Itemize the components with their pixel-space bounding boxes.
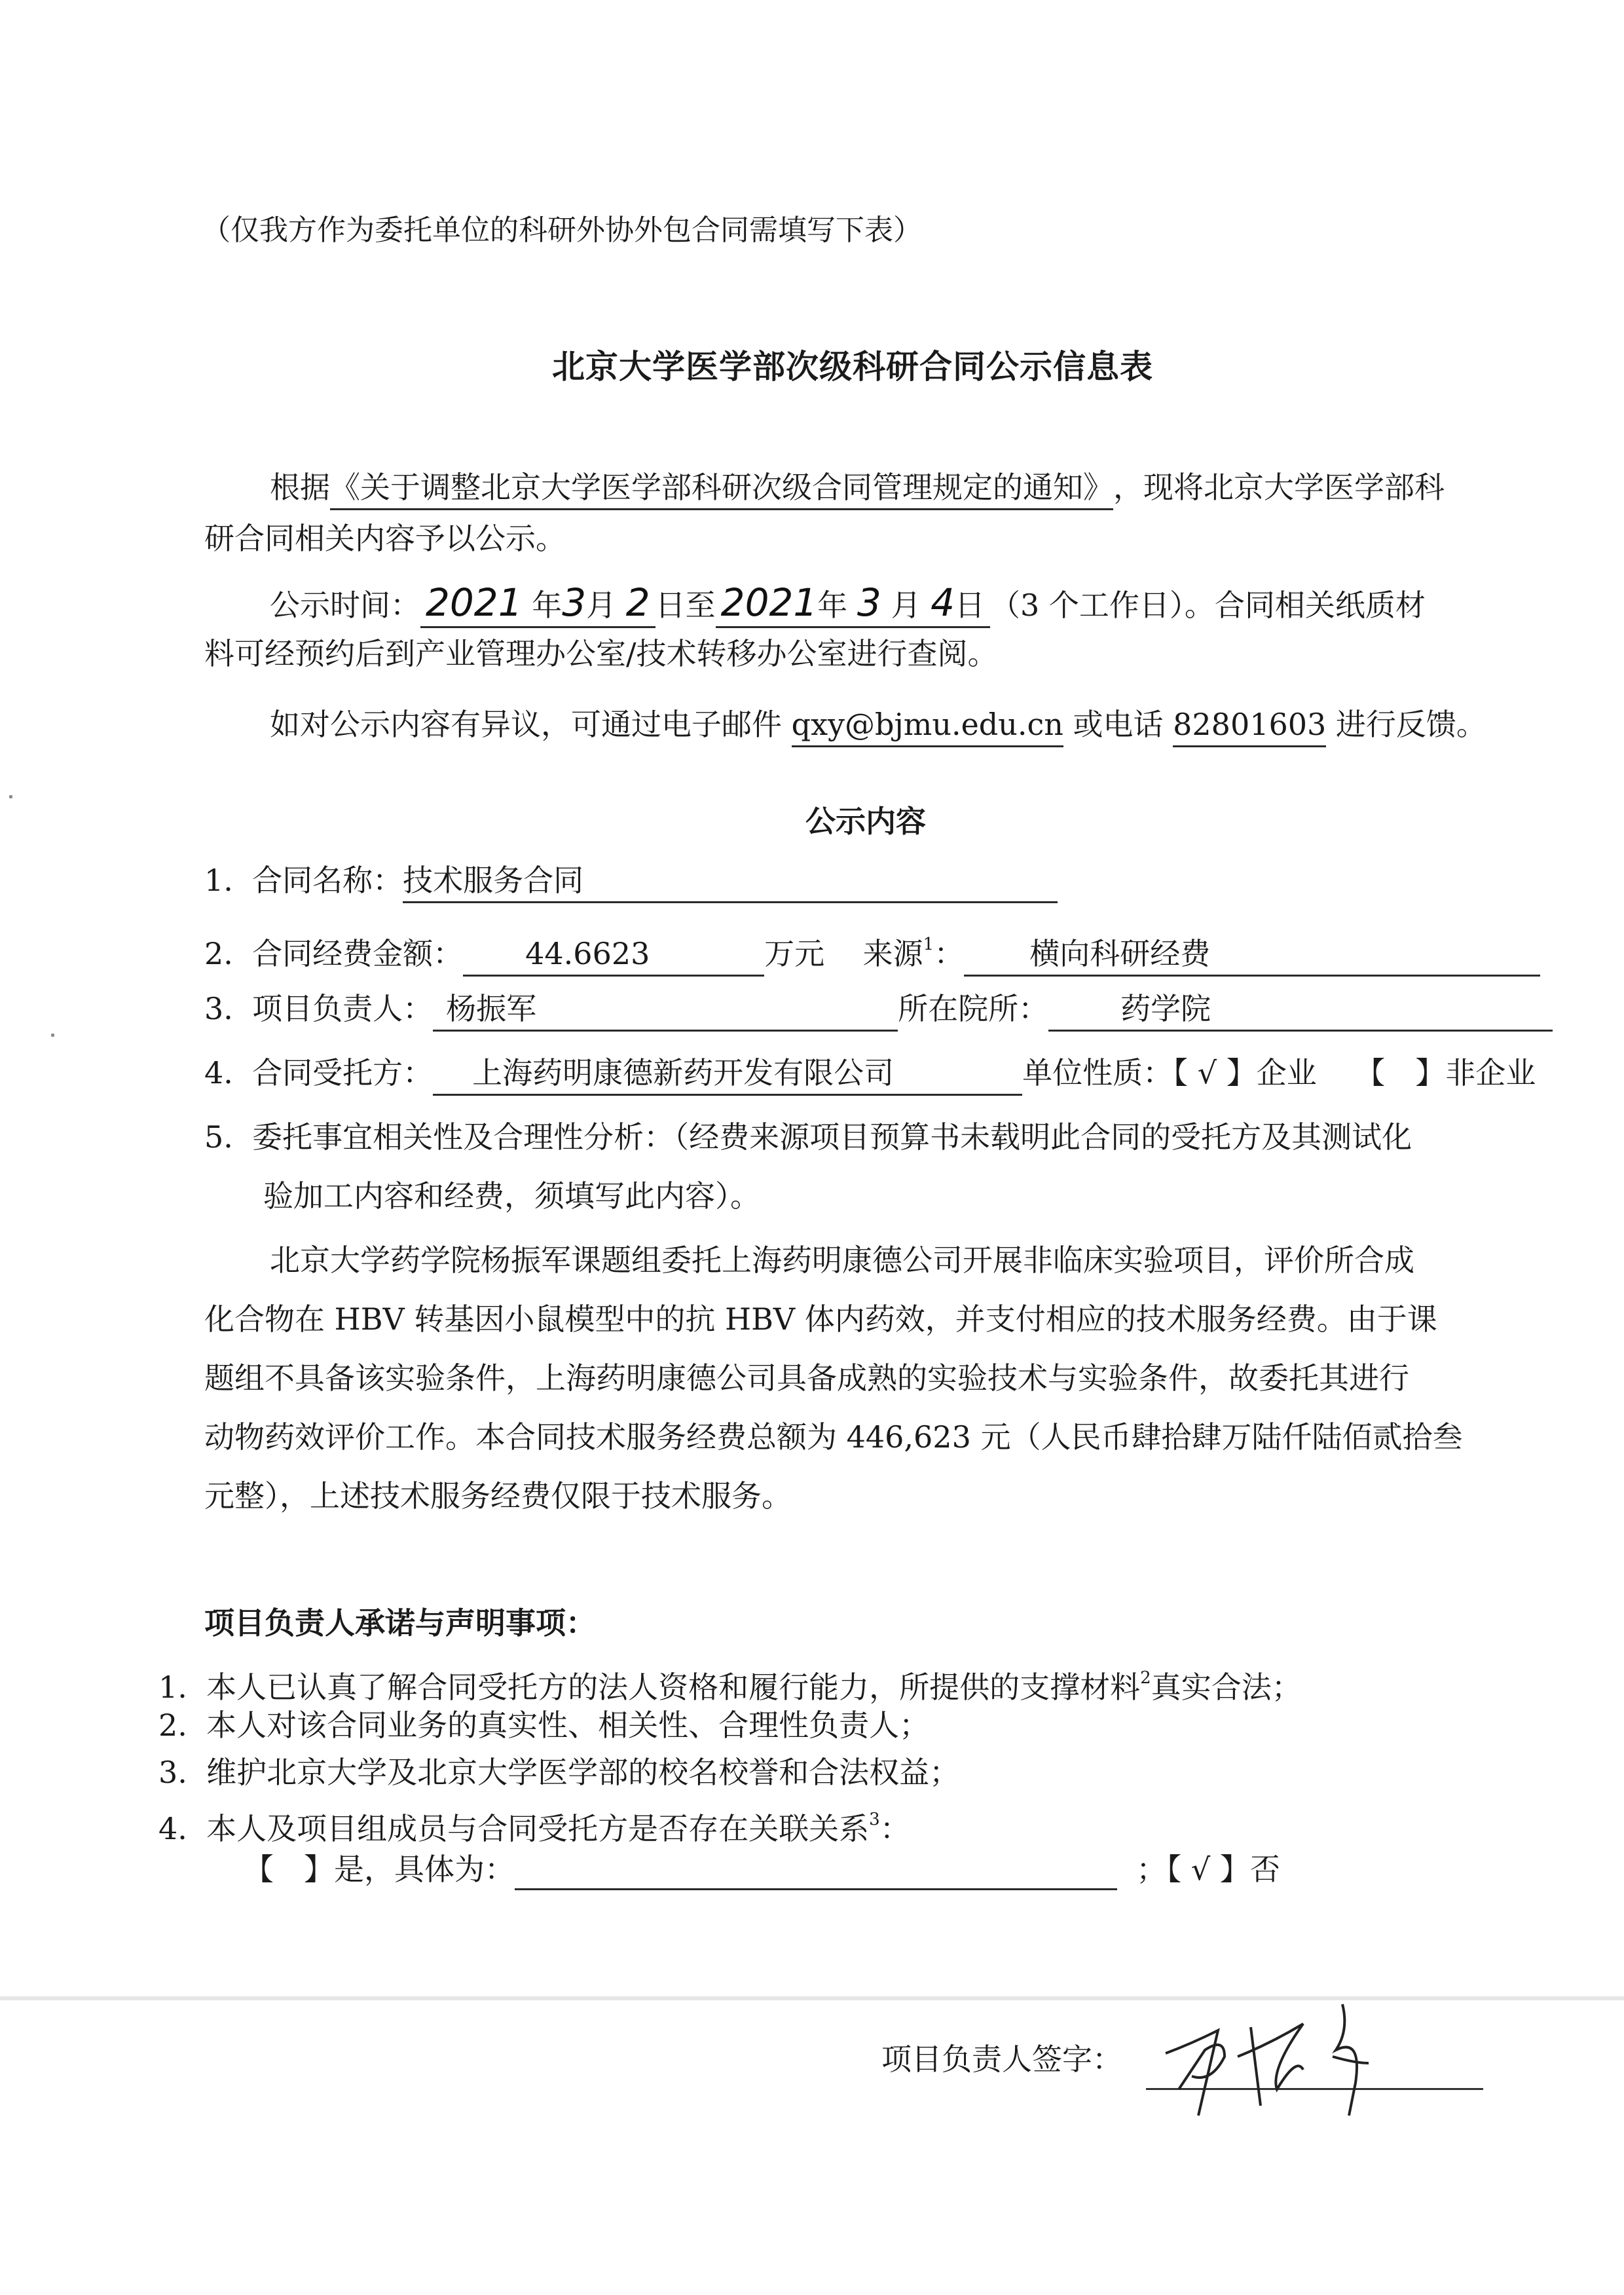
contractor-field: 上海药明康德新药开发有限公司 — [433, 1052, 1022, 1096]
start-year: 2021 — [426, 580, 523, 625]
scan-speck — [9, 795, 12, 798]
pledge-item: 3. 维护北京大学及北京大学医学部的校名校誉和合法权益； — [158, 1751, 959, 1793]
start-month: 3 — [562, 580, 586, 625]
start-day: 2 — [626, 580, 650, 625]
intro-prefix: 根据 — [270, 470, 330, 505]
item-amount: 2. 合同经费金额：44.6623万元 来源1：横向科研经费 — [204, 924, 1540, 977]
signature-scribble-icon — [1153, 1991, 1428, 2122]
end-day: 4 — [931, 580, 955, 625]
item-contract-name: 1. 合同名称：技术服务合同 — [204, 859, 1058, 903]
notice-link: 《关于调整北京大学医学部科研次级合同管理规定的通知》 — [330, 466, 1113, 510]
analysis-body-line: 元整），上述技术服务经费仅限于技术服务。 — [204, 1475, 792, 1517]
checkbox-non-enterprise[interactable]: 【 】 — [1355, 1055, 1445, 1091]
intro-suffix: ，现将北京大学医学部科 — [1113, 470, 1445, 505]
intro-line-1: 根据《关于调整北京大学医学部科研次级合同管理规定的通知》，现将北京大学医学部科 — [270, 466, 1445, 510]
handwritten-signature — [1153, 1991, 1428, 2122]
pledge-item: 1. 本人已认真了解合同受托方的法人资格和履行能力，所提供的支撑材料2真实合法； — [158, 1657, 1302, 1708]
item-analysis-label-2: 验加工内容和经费，须填写此内容）。 — [263, 1175, 760, 1217]
scan-speck — [51, 1034, 54, 1037]
funding-source-field: 横向科研经费 — [964, 933, 1540, 977]
contract-name-field: 技术服务合同 — [403, 859, 1058, 903]
pledge-item: 2. 本人对该合同业务的真实性、相关性、合理性负责人； — [158, 1704, 929, 1746]
analysis-body-line: 题组不具备该实验条件，上海药明康德公司具备成熟的实验技术与实验条件，故委托其进行 — [204, 1357, 1409, 1399]
document-title: 北京大学医学部次级科研合同公示信息表 — [552, 341, 1153, 388]
content-heading: 公示内容 — [805, 800, 926, 842]
intro-line-2: 研合同相关内容予以公示。 — [204, 517, 566, 559]
analysis-body-line: 化合物在 HBV 转基因小鼠模型中的抗 HBV 体内药效，并支付相应的技术服务经… — [204, 1298, 1437, 1340]
feedback-phone[interactable]: 82801603 — [1173, 703, 1326, 747]
period-label: 公示时间： — [270, 588, 420, 623]
item-contractor: 4. 合同受托方：上海药明康德新药开发有限公司单位性质：【 √ 】企业 【 】非… — [204, 1052, 1536, 1096]
period-after: （3 个工作日）。合同相关纸质材 — [990, 588, 1426, 623]
end-month: 3 — [857, 580, 881, 625]
analysis-body-line: 动物药效评价工作。本合同技术服务经费总额为 446,623 元（人民币肆拾肆万陆… — [204, 1416, 1462, 1458]
relation-line: 【 】是，具体为： ；【 √ 】否 — [244, 1848, 1280, 1890]
header-note: （仅我方作为委托单位的科研外协外包合同需填写下表） — [202, 211, 922, 250]
signature-label: 项目负责人签字： — [881, 2038, 1122, 2080]
period-line-2: 料可经预约后到产业管理办公室/技术转移办公室进行查阅。 — [204, 633, 998, 675]
analysis-body-line: 北京大学药学院杨振军课题组委托上海药明康德公司开展非临床实验项目，评价所合成 — [270, 1239, 1414, 1281]
amount-field: 44.6623 — [463, 933, 764, 977]
feedback-line: 如对公示内容有异议，可通过电子邮件 qxy@bjmu.edu.cn 或电话 82… — [270, 703, 1486, 747]
item-leader: 3. 项目负责人：杨振军所在院所：药学院 — [204, 988, 1553, 1032]
item-analysis-label-1: 5. 委托事宜相关性及合理性分析：（经费来源项目预算书未载明此合同的受托方及其测… — [204, 1116, 1412, 1158]
checkbox-related-yes[interactable]: 【 】 — [244, 1852, 334, 1887]
pledge-heading: 项目负责人承诺与声明事项： — [204, 1602, 596, 1644]
leader-field: 杨振军 — [433, 988, 898, 1032]
department-field: 药学院 — [1048, 988, 1553, 1032]
checkbox-related-no[interactable]: 【 √ 】 — [1166, 1852, 1250, 1887]
pledge-item: 4. 本人及项目组成员与合同受托方是否存在关联关系3： — [158, 1799, 910, 1850]
period-line-1: 公示时间：2021 年3月 2 日至2021年 3 月 4日（3 个工作日）。合… — [270, 582, 1426, 628]
end-date-field: 2021年 3 月 4日 — [716, 582, 990, 628]
relation-detail-field[interactable] — [515, 1852, 1117, 1890]
checkbox-enterprise[interactable]: 【 √ 】 — [1173, 1055, 1257, 1091]
feedback-email[interactable]: qxy@bjmu.edu.cn — [792, 703, 1063, 747]
end-year: 2021 — [721, 580, 818, 625]
start-date-field: 2021 年3月 2 — [420, 582, 655, 628]
